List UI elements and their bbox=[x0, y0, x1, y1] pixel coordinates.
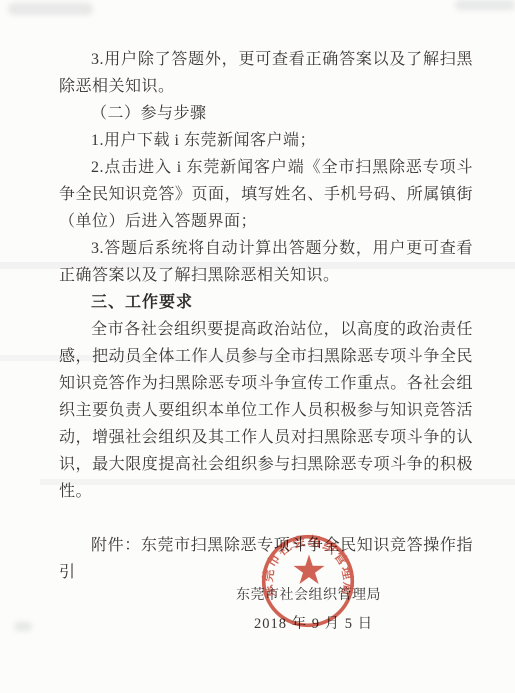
official-seal: 东莞市社会组织管理局 bbox=[252, 525, 364, 637]
paragraph-work-requirements: 全市各社会组织要提高政治站位，以高度的政治责任感，把动员全体工作人员参与全市扫黑… bbox=[59, 316, 473, 505]
subsection-heading-steps: （二）参与步骤 bbox=[59, 100, 473, 127]
document-body: 3.用户除了答题外，更可查看正确答案以及了解扫黑除恶相关知识。 （二）参与步骤 … bbox=[59, 46, 473, 586]
seal-ring bbox=[264, 537, 353, 626]
paragraph-step-3: 3.答题后系统将自动计算出答题分数，用户更可查看正确答案以及了解扫黑除恶相关知识… bbox=[59, 235, 473, 289]
paragraph-step-1: 1.用户下载 i 东莞新闻客户端； bbox=[59, 127, 473, 154]
section-heading-work-requirements: 三、工作要求 bbox=[59, 289, 473, 316]
scanned-document-page: 3.用户除了答题外，更可查看正确答案以及了解扫黑除恶相关知识。 （二）参与步骤 … bbox=[0, 0, 515, 693]
seal-star-icon bbox=[294, 555, 325, 584]
scan-artifact-smudge bbox=[8, 3, 93, 15]
scan-artifact-smudge bbox=[455, 0, 515, 10]
scan-artifact-smudge bbox=[14, 622, 32, 631]
paragraph-answers-note: 3.用户除了答题外，更可查看正确答案以及了解扫黑除恶相关知识。 bbox=[59, 46, 473, 100]
paragraph-step-2: 2.点击进入 i 东莞新闻客户端《全市扫黑除恶专项斗争全民知识竞答》页面，填写姓… bbox=[59, 154, 473, 235]
